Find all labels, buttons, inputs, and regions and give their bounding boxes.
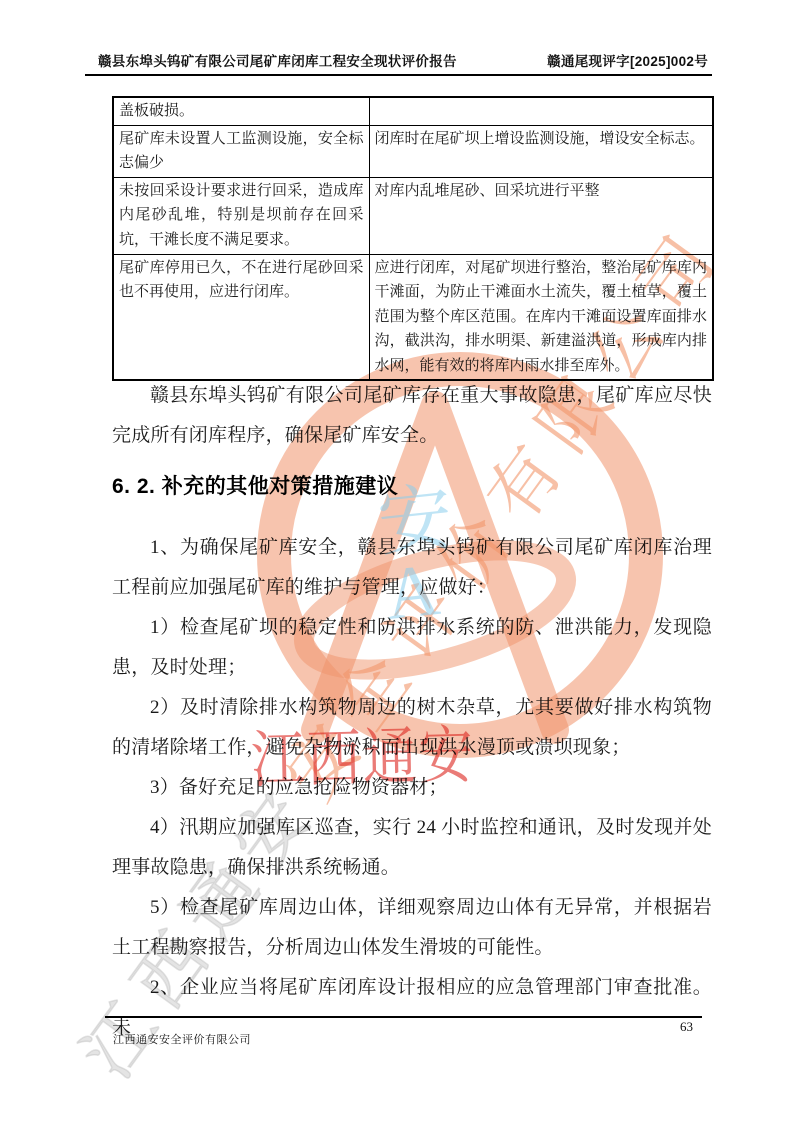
header-doc-number: 赣通尾现评字[2025]002号 — [547, 50, 708, 70]
page-number: 63 — [680, 1019, 693, 1035]
recommendation-paragraph: 4）汛期应加强库区巡查，实行 24 小时监控和通讯，及时发现并处理事故隐患，确保… — [112, 808, 712, 888]
table-row: 盖板破损。 — [113, 97, 713, 125]
recommendation-paragraph: 1）检查尾矿坝的稳定性和防洪排水系统的防、泄洪能力，发现隐患，及时处理； — [112, 608, 712, 688]
measure-cell: 对库内乱堆尾砂、回采坑进行平整 — [369, 177, 713, 254]
problem-cell: 尾矿库未设置人工监测设施，安全标志偏少 — [113, 125, 369, 177]
recommendation-paragraph: 5）检查尾矿库周边山体，详细观察周边山体有无异常，并根据岩土工程勘察报告，分析周… — [112, 888, 712, 968]
problem-cell: 未按回采设计要求进行回采，造成库内尾砂乱堆，特别是坝前存在回采坑，干滩长度不满足… — [113, 177, 369, 254]
footer-rule — [105, 1016, 702, 1018]
table-row: 尾矿库未设置人工监测设施，安全标志偏少 闭库时在尾矿坝上增设监测设施，增设安全标… — [113, 125, 713, 177]
measure-cell: 闭库时在尾矿坝上增设监测设施，增设安全标志。 — [369, 125, 713, 177]
recommendation-paragraph: 3）备好充足的应急抢险物资器材； — [112, 768, 712, 808]
recommendation-paragraph: 1、为确保尾矿库安全，赣县东埠头钨矿有限公司尾矿库闭库治理工程前应加强尾矿库的维… — [112, 528, 712, 608]
footer-company: 江西通安安全评价有限公司 — [113, 1031, 251, 1047]
recommendation-paragraph: 2）及时清除排水构筑物周边的树木杂草，尤其要做好排水构筑物的清堵除堵工作，避免杂… — [112, 688, 712, 768]
defects-measures-table: 盖板破损。 尾矿库未设置人工监测设施，安全标志偏少 闭库时在尾矿坝上增设监测设施… — [112, 96, 714, 381]
problem-cell: 尾矿库停用已久，不在进行尾砂回采也不再使用，应进行闭库。 — [113, 254, 369, 380]
header-rule — [85, 74, 712, 76]
problem-cell: 盖板破损。 — [113, 97, 369, 125]
summary-block: 赣县东埠头钨矿有限公司尾矿库存在重大事故隐患，尾矿库应尽快完成所有闭库程序，确保… — [112, 376, 712, 456]
section-heading: 6. 2. 补充的其他对策措施建议 — [112, 470, 398, 500]
table-row: 未按回采设计要求进行回采，造成库内尾砂乱堆，特别是坝前存在回采坑，干滩长度不满足… — [113, 177, 713, 254]
header-report-title: 赣县东埠头钨矿有限公司尾矿库闭库工程安全现状评价报告 — [98, 50, 457, 70]
table-row: 尾矿库停用已久，不在进行尾砂回采也不再使用，应进行闭库。 应进行闭库，对尾矿坝进… — [113, 254, 713, 380]
measure-cell: 应进行闭库，对尾矿坝进行整治，整治尾矿库库内干滩面，为防止干滩面水土流失，覆土植… — [369, 254, 713, 380]
measure-cell — [369, 97, 713, 125]
recommendations-block: 1、为确保尾矿库安全，赣县东埠头钨矿有限公司尾矿库闭库治理工程前应加强尾矿库的维… — [112, 528, 712, 1048]
summary-paragraph: 赣县东埠头钨矿有限公司尾矿库存在重大事故隐患，尾矿库应尽快完成所有闭库程序，确保… — [112, 376, 712, 456]
